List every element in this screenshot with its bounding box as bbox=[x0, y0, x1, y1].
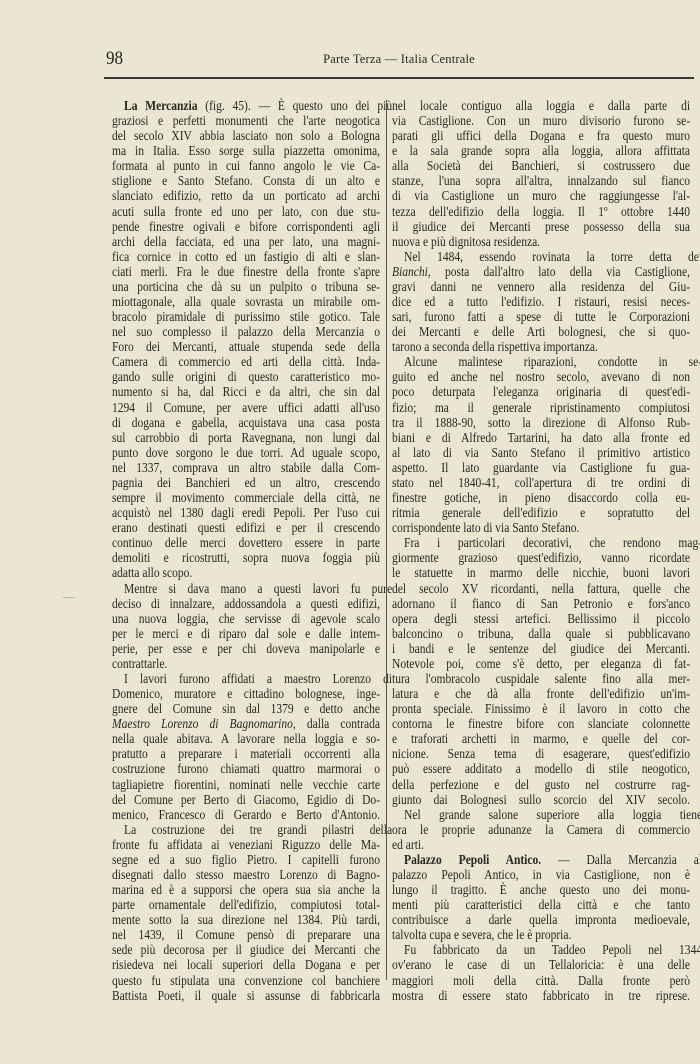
line-text: talvolta cupa e severa, che le è propria… bbox=[392, 927, 571, 942]
text-line: parati gli uffici della Dogana e fra que… bbox=[392, 128, 690, 143]
text-line: il giudice dei Mercanti prese possesso d… bbox=[392, 219, 690, 234]
text-line: Maestro Lorenzo di Bagnomarino, dalla co… bbox=[112, 716, 380, 731]
line-text: Camera di commercio ed arti della città.… bbox=[112, 354, 380, 369]
line-text: pende finestre ogivali e bifore corrispo… bbox=[112, 219, 380, 234]
text-line: nel 1439, il Comune pensò di preparare u… bbox=[112, 927, 380, 942]
line-text: giunto dai Bolognesi sullo scorcio del X… bbox=[392, 792, 690, 807]
text-line: talvolta cupa e severa, che le è propria… bbox=[392, 927, 690, 942]
line-text: contribuisce a darle quella impronta med… bbox=[392, 912, 690, 927]
text-line: opera degli stessi artefici. Bellissimo … bbox=[392, 611, 690, 626]
text-line: sul carrobbio di porta Ravegnana, non lu… bbox=[112, 430, 380, 445]
line-text: — È questo uno dei più bbox=[259, 98, 393, 113]
running-title: Parte Terza — Italia Centrale bbox=[106, 52, 692, 67]
left-column: La Mercanzia (fig. 45). — È questo uno d… bbox=[112, 98, 380, 1003]
line-text: una porticina che dà su un pulpito o tri… bbox=[112, 279, 380, 294]
line-text: latura e che dà alla fronte dell'edifizi… bbox=[392, 686, 690, 701]
line-text: fica cornice in cotto ed un fastigio di … bbox=[112, 249, 380, 264]
text-line: una porticina che dà su un pulpito o tri… bbox=[112, 279, 380, 294]
line-text: perie, per esse e per chi doveva manipol… bbox=[112, 641, 380, 656]
text-line: archi della facciata, ed una per lato, u… bbox=[112, 234, 380, 249]
text-line: e la sala grande sopra alla loggia, allo… bbox=[392, 143, 690, 158]
italic-phrase: Bianchi bbox=[392, 264, 428, 279]
line-text: mente sotto la sua direzione nel 1384. P… bbox=[112, 912, 380, 927]
text-line: dei Mercanti e delle Arti bolognesi, che… bbox=[392, 324, 690, 339]
line-text: demoliti e ricostrutti, sopra nuova fogg… bbox=[112, 550, 380, 565]
line-text: della perfezione e del gusto nel costrur… bbox=[392, 777, 690, 792]
line-text: contorna le finestre bifore con slanciat… bbox=[392, 716, 690, 731]
line-text: opera degli stessi artefici. Bellissimo … bbox=[392, 611, 690, 626]
text-line: deciso di innalzare, addossandola a ques… bbox=[112, 596, 380, 611]
line-text: contrattarle. bbox=[112, 656, 167, 671]
text-line: questo fu stipulata una convenzione col … bbox=[112, 973, 380, 988]
line-text: nuova e più dignitosa residenza. bbox=[392, 234, 540, 249]
text-line: pende finestre ogivali e bifore corrispo… bbox=[112, 219, 380, 234]
line-text: gnere del Comune sin dal 1379 e detto an… bbox=[112, 701, 380, 716]
line-text: punto dove sorgono le due torri. Ad ugua… bbox=[112, 445, 380, 460]
text-line: sari, furono fatti a spese di tutte le C… bbox=[392, 309, 690, 324]
running-head: 98 Parte Terza — Italia Centrale bbox=[106, 48, 692, 76]
line-text: ora le proprie adunanze la Camera di com… bbox=[392, 822, 690, 837]
text-line: le statuette in marmo delle nicchie, buo… bbox=[392, 565, 690, 580]
text-line: Bianchi, posta dall'altro lato della via… bbox=[392, 264, 690, 279]
text-line: del secolo XV ricordanti, nella fattura,… bbox=[392, 581, 690, 596]
text-line: Camera di commercio ed arti della città.… bbox=[112, 354, 380, 369]
line-text: tura l'ombracolo cuspidale salente fino … bbox=[392, 671, 690, 686]
line-text: nel 1337, comprava un altro stabile dall… bbox=[112, 460, 380, 475]
line-text: i bandi e le sentenze del giudice dei Me… bbox=[392, 641, 690, 656]
text-line: Fu fabbricato da un Taddeo Pepoli nel 13… bbox=[392, 942, 700, 957]
text-line: nuova e più dignitosa residenza. bbox=[392, 234, 690, 249]
line-text: Alcune malintese riparazioni, condotte i… bbox=[404, 354, 700, 369]
line-text: giormente grazioso quest'edifizio, vanno… bbox=[392, 550, 690, 565]
line-text: menti più caratteristici della città e c… bbox=[392, 897, 690, 912]
text-line: balconcino o tribuna, dalla quale si pub… bbox=[392, 626, 690, 641]
line-text: gando sulle origini di questo caratteris… bbox=[112, 369, 380, 384]
line-text: per le merci e di riparo dal sole e dall… bbox=[112, 626, 380, 641]
section-heading: La Mercanzia bbox=[124, 98, 197, 113]
text-line: del Comune per Berto di Giacomo, Egidio … bbox=[112, 792, 380, 807]
line-text: Nel 1484, essendo rovinata la torre dett… bbox=[404, 249, 700, 264]
text-line: corrispondente lato di via Santo Stefano… bbox=[392, 520, 690, 535]
text-line: lungo il tragitto. È anche questo uno de… bbox=[392, 882, 690, 897]
text-line: al lato di via Santo Stefano il primitiv… bbox=[392, 445, 690, 460]
text-line: pagnia dei Banchieri ed un altro, cresce… bbox=[112, 475, 380, 490]
text-line: slanciato edifizio, retto da un porticat… bbox=[112, 188, 380, 203]
book-page: 98 Parte Terza — Italia Centrale La Merc… bbox=[0, 0, 700, 1064]
text-line: perie, per esse e per chi doveva manipol… bbox=[112, 641, 380, 656]
text-line: ov'erano le case di un Tellaloricia: è u… bbox=[392, 957, 690, 972]
text-line: parte ornamentale dell'edifizio, compiut… bbox=[112, 897, 380, 912]
line-text: tarono a seconda della rispettiva import… bbox=[392, 339, 598, 354]
text-line: Alcune malintese riparazioni, condotte i… bbox=[392, 354, 700, 369]
line-text: Domenico, muratore e cittadino bolognese… bbox=[112, 686, 380, 701]
line-text: risiedeva nei locali superiori della Dog… bbox=[112, 957, 380, 972]
section-heading: Palazzo Pepoli Antico. bbox=[404, 852, 541, 867]
text-line: Nel 1484, essendo rovinata la torre dett… bbox=[392, 249, 700, 264]
line-text: del Comune per Berto di Giacomo, Egidio … bbox=[112, 792, 380, 807]
text-line: di via Castiglione un muro che raggiunge… bbox=[392, 188, 690, 203]
text-line: dice ed a tutto l'edifizio. I ristauri, … bbox=[392, 294, 690, 309]
text-line: mente sotto la sua direzione nel 1384. P… bbox=[112, 912, 380, 927]
line-text: bracolo piramidale di purissimo stile go… bbox=[112, 309, 380, 324]
line-text: di via Castiglione un muro che raggiunge… bbox=[392, 188, 690, 203]
text-line: tezza dell'edifizio della loggia. Il 1º … bbox=[392, 204, 690, 219]
text-line: Foro dei Mercanti, attuale stupenda sede… bbox=[112, 339, 380, 354]
text-line: graziosi e perfetti monumenti che l'arte… bbox=[112, 113, 380, 128]
line-text: ov'erano le case di un Tellaloricia: è u… bbox=[392, 957, 690, 972]
text-line: risiedeva nei locali superiori della Dog… bbox=[112, 957, 380, 972]
text-line: sempre il movimento commerciale della ci… bbox=[112, 490, 380, 505]
text-line: marina ed è a supporsi che opera sua sia… bbox=[112, 882, 380, 897]
text-line: erano destinati questi edifizi e per il … bbox=[112, 520, 380, 535]
line-text: di dogana e gabella, acquistava una casa… bbox=[112, 415, 380, 430]
line-text: costruzione furono chiamati quattro marm… bbox=[112, 761, 380, 776]
text-line: Palazzo Pepoli Antico. — Dalla Mercanzia… bbox=[392, 852, 700, 867]
line-text: slanciato edifizio, retto da un porticat… bbox=[112, 188, 380, 203]
text-line: per le merci e di riparo dal sole e dall… bbox=[112, 626, 380, 641]
line-text: Foro dei Mercanti, attuale stupenda sede… bbox=[112, 339, 380, 354]
text-line: sede più decorosa per il giudice dei Mer… bbox=[112, 942, 380, 957]
text-line: punto dove sorgono le due torri. Ad ugua… bbox=[112, 445, 380, 460]
text-line: stiglione e Santo Stefano. Consta di un … bbox=[112, 173, 380, 188]
text-line: guito ed anche nel nostro secolo, avevan… bbox=[392, 369, 690, 384]
text-line: Domenico, muratore e cittadino bolognese… bbox=[112, 686, 380, 701]
text-line: fica cornice in cotto ed un fastigio di … bbox=[112, 249, 380, 264]
line-text: nicione. Senza tema di esagerare, quest'… bbox=[392, 746, 690, 761]
line-text: e traforati archetti in marmo, e quelle … bbox=[392, 731, 690, 746]
text-line: giormente grazioso quest'edifizio, vanno… bbox=[392, 550, 690, 565]
line-text: mostra di essere stato fabbricato in tre… bbox=[392, 988, 690, 1003]
line-text: guito ed anche nel nostro secolo, avevan… bbox=[392, 369, 690, 384]
line-text: formata al punto in cui fanno angolo le … bbox=[112, 158, 380, 173]
line-text: tra il 1888-90, sotto la direzione di Al… bbox=[392, 415, 690, 430]
line-text: marina ed è a supporsi che opera sua sia… bbox=[112, 882, 380, 897]
line-text: le statuette in marmo delle nicchie, buo… bbox=[392, 565, 690, 580]
text-line: La Mercanzia (fig. 45). — È questo uno d… bbox=[112, 98, 392, 113]
text-line: numento si ha, dal Ricci e da altri, che… bbox=[112, 384, 380, 399]
text-line: e traforati archetti in marmo, e quelle … bbox=[392, 731, 690, 746]
text-line: costruzione furono chiamati quattro marm… bbox=[112, 761, 380, 776]
text-line: tarono a seconda della rispettiva import… bbox=[392, 339, 690, 354]
text-line: una nuova loggia, che servisse di agevol… bbox=[112, 611, 380, 626]
line-text: sul carrobbio di porta Ravegnana, non lu… bbox=[112, 430, 380, 445]
text-line: acuti sulla fronte ed uno per lato, con … bbox=[112, 204, 380, 219]
line-text: nella quale abitava. A lavorare nella lo… bbox=[112, 731, 380, 746]
text-line: ritmia generale dell'edifizio e sopratut… bbox=[392, 505, 690, 520]
text-line: contrattarle. bbox=[112, 656, 380, 671]
header-rule bbox=[104, 77, 694, 79]
text-line: pronta speciale. Finissimo è il lavoro i… bbox=[392, 701, 690, 716]
line-text: una nuova loggia, che servisse di agevol… bbox=[112, 611, 380, 626]
text-line: stanze, l'una sopra all'altra, innalzand… bbox=[392, 173, 690, 188]
line-text: corrispondente lato di via Santo Stefano… bbox=[392, 520, 579, 535]
line-text: poco deturpata l'eleganza originaria di … bbox=[392, 384, 690, 399]
line-text: adornano il fianco di San Petronio e for… bbox=[392, 596, 690, 611]
line-text: adatta allo scopo. bbox=[112, 565, 192, 580]
line-text: può essere additato a modello di stile n… bbox=[392, 761, 690, 776]
text-line: palazzo Pepoli Antico, in via Castiglion… bbox=[392, 867, 690, 882]
line-text: stiglione e Santo Stefano. Consta di un … bbox=[112, 173, 380, 188]
text-line: nel locale contiguo alla loggia e dalla … bbox=[392, 98, 690, 113]
text-line: ed arti. bbox=[392, 837, 690, 852]
text-line: poco deturpata l'eleganza originaria di … bbox=[392, 384, 690, 399]
line-text: , posta dall'altro lato della via Castig… bbox=[428, 264, 690, 279]
line-text: segne ed a suo figlio Pietro. I capitell… bbox=[112, 852, 380, 867]
line-text: ciati merli. Fra le due finestre della f… bbox=[112, 264, 380, 279]
line-text: alla Società dei Banchieri, si costrusse… bbox=[392, 158, 690, 173]
line-text: parte ornamentale dell'edifizio, compiut… bbox=[112, 897, 380, 912]
line-text: pagnia dei Banchieri ed un altro, cresce… bbox=[112, 475, 380, 490]
text-line: Mentre si dava mano a questi lavori fu p… bbox=[112, 581, 392, 596]
text-line: demoliti e ricostrutti, sopra nuova fogg… bbox=[112, 550, 380, 565]
text-line: I lavori furono affidati a maestro Loren… bbox=[112, 671, 392, 686]
line-text: palazzo Pepoli Antico, in via Castiglion… bbox=[392, 867, 690, 882]
line-text: disegnati dallo stesso maestro Lorenzo d… bbox=[112, 867, 380, 882]
right-column: nel locale contiguo alla loggia e dalla … bbox=[392, 98, 690, 1003]
line-text: acuti sulla fronte ed uno per lato, con … bbox=[112, 204, 380, 219]
line-text: nel 1439, il Comune pensò di preparare u… bbox=[112, 927, 380, 942]
line-text: al lato di via Santo Stefano il primitiv… bbox=[392, 445, 690, 460]
line-text: continuo delle merci dovettero essere in… bbox=[112, 535, 380, 550]
line-text: dice ed a tutto l'edifizio. I ristauri, … bbox=[392, 294, 690, 309]
line-text: graziosi e perfetti monumenti che l'arte… bbox=[112, 113, 380, 128]
line-text: 1294 il Comune, per avere uffici adatti … bbox=[112, 400, 380, 415]
text-line: acquistò nel 1380 dagli eredi Pepoli. Pe… bbox=[112, 505, 380, 520]
text-line: menico, Francesco di Gerardo e Berto d'A… bbox=[112, 807, 380, 822]
text-line: fronte fu affidata ai veneziani Riguzzo … bbox=[112, 837, 380, 852]
line-text: menico, Francesco di Gerardo e Berto d'A… bbox=[112, 807, 380, 822]
line-text: miottagonale, alla quale sovrasta un mir… bbox=[112, 294, 380, 309]
text-line: ciati merli. Fra le due finestre della f… bbox=[112, 264, 380, 279]
line-text: aspetto. Il lato guardante via Castiglio… bbox=[392, 460, 690, 475]
text-line: alla Società dei Banchieri, si costrusse… bbox=[392, 158, 690, 173]
text-line: giunto dai Bolognesi sullo scorcio del X… bbox=[392, 792, 690, 807]
line-text: pronta speciale. Finissimo è il lavoro i… bbox=[392, 701, 690, 716]
text-line: adornano il fianco di San Petronio e for… bbox=[392, 596, 690, 611]
text-line: finestre gotiche, in pieno disaccordo co… bbox=[392, 490, 690, 505]
text-line: Notevole poi, come s'è detto, per elegan… bbox=[392, 656, 690, 671]
margin-mark bbox=[63, 597, 75, 598]
text-line: stato nel 1840-41, coll'apertura di tre … bbox=[392, 475, 690, 490]
line-text: gravi danni ne vennero alla residenza de… bbox=[392, 279, 690, 294]
line-text: sede più decorosa per il giudice dei Mer… bbox=[112, 942, 380, 957]
line-text: tezza dell'edifizio della loggia. Il 1º … bbox=[392, 204, 690, 219]
text-line: della perfezione e del gusto nel costrur… bbox=[392, 777, 690, 792]
line-text: La costruzione dei tre grandi pilastri d… bbox=[124, 822, 392, 837]
text-line: di dogana e gabella, acquistava una casa… bbox=[112, 415, 380, 430]
line-text: lungo il tragitto. È anche questo uno de… bbox=[392, 882, 690, 897]
text-line: nicione. Senza tema di esagerare, quest'… bbox=[392, 746, 690, 761]
text-line: continuo delle merci dovettero essere in… bbox=[112, 535, 380, 550]
text-line: nel suo complesso il palazzo della Merca… bbox=[112, 324, 380, 339]
line-text: biani e di Alfredo Tartarini, ha dato al… bbox=[392, 430, 690, 445]
text-line: fizio; ma il generale ripristinamento co… bbox=[392, 400, 690, 415]
line-text: sempre il movimento commerciale della ci… bbox=[112, 490, 380, 505]
text-line: formata al punto in cui fanno angolo le … bbox=[112, 158, 380, 173]
line-text: questo fu stipulata una convenzione col … bbox=[112, 973, 380, 988]
text-line: può essere additato a modello di stile n… bbox=[392, 761, 690, 776]
line-text: Nel grande salone superiore alla loggia … bbox=[404, 807, 700, 822]
line-text: tagliapietre fiorentini, nominati nelle … bbox=[112, 777, 380, 792]
line-text: I lavori furono affidati a maestro Loren… bbox=[124, 671, 392, 686]
line-text: nel suo complesso il palazzo della Merca… bbox=[112, 324, 380, 339]
text-line: gnere del Comune sin dal 1379 e detto an… bbox=[112, 701, 380, 716]
text-line: gravi danni ne vennero alla residenza de… bbox=[392, 279, 690, 294]
line-text: — Dalla Mercanzia al bbox=[541, 852, 700, 867]
text-line: gando sulle origini di questo caratteris… bbox=[112, 369, 380, 384]
line-text: ma in Italia. Esso sorge sulla piazzetta… bbox=[112, 143, 380, 158]
line-text: balconcino o tribuna, dalla quale si pub… bbox=[392, 626, 690, 641]
text-line: ma in Italia. Esso sorge sulla piazzetta… bbox=[112, 143, 380, 158]
column-divider bbox=[386, 100, 387, 980]
line-text: parati gli uffici della Dogana e fra que… bbox=[392, 128, 690, 143]
text-line: pratutto a preparare i materiali occorre… bbox=[112, 746, 380, 761]
line-text: fronte fu affidata ai veneziani Riguzzo … bbox=[112, 837, 380, 852]
text-line: miottagonale, alla quale sovrasta un mir… bbox=[112, 294, 380, 309]
text-line: tagliapietre fiorentini, nominati nelle … bbox=[112, 777, 380, 792]
text-line: bracolo piramidale di purissimo stile go… bbox=[112, 309, 380, 324]
line-text: fizio; ma il generale ripristinamento co… bbox=[392, 400, 690, 415]
text-line: nella quale abitava. A lavorare nella lo… bbox=[112, 731, 380, 746]
text-line: Nel grande salone superiore alla loggia … bbox=[392, 807, 700, 822]
line-text: archi della facciata, ed una per lato, u… bbox=[112, 234, 380, 249]
line-text: pratutto a preparare i materiali occorre… bbox=[112, 746, 380, 761]
text-line: Battista Poeti, il quale si assunse di f… bbox=[112, 988, 380, 1003]
text-line: latura e che dà alla fronte dell'edifizi… bbox=[392, 686, 690, 701]
text-line: biani e di Alfredo Tartarini, ha dato al… bbox=[392, 430, 690, 445]
line-text: Fu fabbricato da un Taddeo Pepoli nel 13… bbox=[404, 942, 700, 957]
line-text: maggiori moli della città. Dalla fronte … bbox=[392, 973, 690, 988]
text-line: del secolo XIV abbia lasciato non solo a… bbox=[112, 128, 380, 143]
text-line: tura l'ombracolo cuspidale salente fino … bbox=[392, 671, 690, 686]
text-line: adatta allo scopo. bbox=[112, 565, 380, 580]
line-text: , dalla contrada bbox=[293, 716, 380, 731]
line-text: sari, furono fatti a spese di tutte le C… bbox=[392, 309, 690, 324]
line-text: deciso di innalzare, addossandola a ques… bbox=[112, 596, 380, 611]
text-line: contorna le finestre bifore con slanciat… bbox=[392, 716, 690, 731]
line-text: del secolo XIV abbia lasciato non solo a… bbox=[112, 128, 380, 143]
italic-phrase: Maestro Lorenzo di Bagnomarino bbox=[112, 716, 293, 731]
text-line: disegnati dallo stesso maestro Lorenzo d… bbox=[112, 867, 380, 882]
line-text: Fra i particolari decorativi, che rendon… bbox=[404, 535, 700, 550]
line-text: il giudice dei Mercanti prese possesso d… bbox=[392, 219, 690, 234]
text-line: via Castiglione. Con un muro divisorio f… bbox=[392, 113, 690, 128]
line-text: Notevole poi, come s'è detto, per elegan… bbox=[392, 656, 690, 671]
text-line: aspetto. Il lato guardante via Castiglio… bbox=[392, 460, 690, 475]
line-text: nel locale contiguo alla loggia e dalla … bbox=[392, 98, 690, 113]
line-text: numento si ha, dal Ricci e da altri, che… bbox=[112, 384, 380, 399]
line-text: acquistò nel 1380 dagli eredi Pepoli. Pe… bbox=[112, 505, 380, 520]
line-text: finestre gotiche, in pieno disaccordo co… bbox=[392, 490, 690, 505]
line-text: e la sala grande sopra alla loggia, allo… bbox=[392, 143, 690, 158]
text-line: segne ed a suo figlio Pietro. I capitell… bbox=[112, 852, 380, 867]
line-text: ed arti. bbox=[392, 837, 424, 852]
line-text: stanze, l'una sopra all'altra, innalzand… bbox=[392, 173, 690, 188]
line-text: stato nel 1840-41, coll'apertura di tre … bbox=[392, 475, 690, 490]
text-line: ora le proprie adunanze la Camera di com… bbox=[392, 822, 690, 837]
text-line: tra il 1888-90, sotto la direzione di Al… bbox=[392, 415, 690, 430]
text-line: Fra i particolari decorativi, che rendon… bbox=[392, 535, 700, 550]
text-line: 1294 il Comune, per avere uffici adatti … bbox=[112, 400, 380, 415]
line-text: Mentre si dava mano a questi lavori fu p… bbox=[124, 581, 392, 596]
text-line: La costruzione dei tre grandi pilastri d… bbox=[112, 822, 392, 837]
text-line: menti più caratteristici della città e c… bbox=[392, 897, 690, 912]
line-text: erano destinati questi edifizi e per il … bbox=[112, 520, 380, 535]
text-line: maggiori moli della città. Dalla fronte … bbox=[392, 973, 690, 988]
line-text: ritmia generale dell'edifizio e sopratut… bbox=[392, 505, 690, 520]
heading-reference: (fig. 45). bbox=[197, 98, 258, 113]
line-text: dei Mercanti e delle Arti bolognesi, che… bbox=[392, 324, 690, 339]
text-line: i bandi e le sentenze del giudice dei Me… bbox=[392, 641, 690, 656]
line-text: del secolo XV ricordanti, nella fattura,… bbox=[392, 581, 690, 596]
text-line: nel 1337, comprava un altro stabile dall… bbox=[112, 460, 380, 475]
line-text: Battista Poeti, il quale si assunse di f… bbox=[112, 988, 380, 1003]
line-text: via Castiglione. Con un muro divisorio f… bbox=[392, 113, 690, 128]
text-line: mostra di essere stato fabbricato in tre… bbox=[392, 988, 690, 1003]
text-line: contribuisce a darle quella impronta med… bbox=[392, 912, 690, 927]
